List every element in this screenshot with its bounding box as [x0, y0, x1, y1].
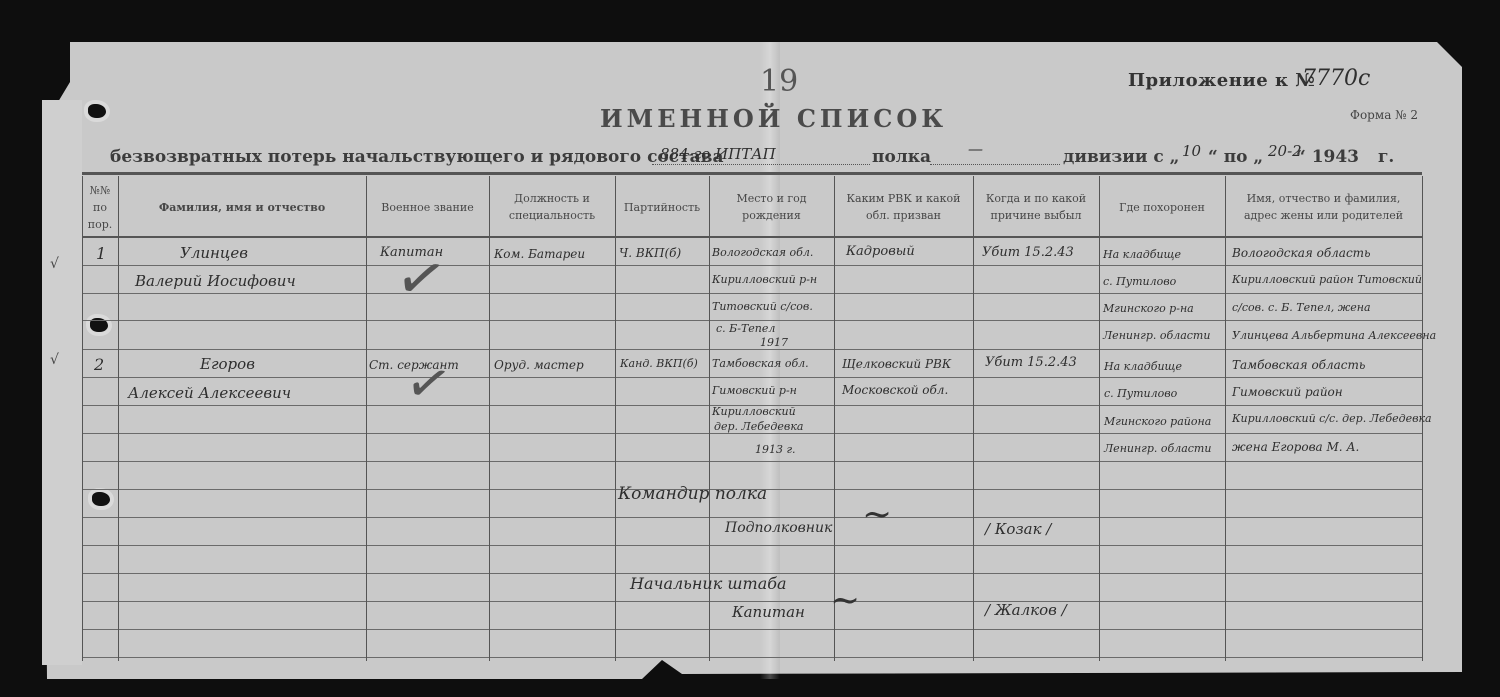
- row1-relatives-1: Вологодская область: [1232, 246, 1371, 260]
- year-suffix: г.: [1378, 147, 1394, 167]
- col-line: [366, 176, 367, 661]
- chief-title: Начальник штаба: [630, 574, 787, 593]
- col-header-full-name: Фамилия, имя и отчество: [118, 178, 366, 236]
- row2-buried-1: На кладбище: [1104, 360, 1182, 373]
- punch-hole: [92, 492, 110, 506]
- row2-buried-3: Мгинского района: [1104, 415, 1211, 428]
- row1-party: Ч. ВКП(б): [619, 246, 681, 260]
- row-line: [82, 601, 1422, 602]
- row2-birth-2: Гимовский р-н: [712, 384, 797, 397]
- row2-surname: Егоров: [200, 355, 255, 373]
- commander-signature: ~: [862, 494, 892, 535]
- row1-buried-2: с. Путилово: [1103, 275, 1176, 288]
- form-number: Форма № 2: [1350, 108, 1418, 122]
- row1-birth-year: 1917: [760, 336, 788, 349]
- row1-position: Ком. Батареи: [494, 247, 585, 261]
- col-line: [1099, 176, 1100, 661]
- row2-position: Оруд. мастер: [494, 358, 584, 372]
- annex-label: Приложение к №: [1128, 70, 1315, 91]
- row-line: [82, 293, 1422, 294]
- row2-birth-1: Тамбовская обл.: [712, 357, 809, 370]
- row1-relatives-2: Кирилловский район Титовский: [1232, 273, 1422, 286]
- date-from: 10: [1182, 142, 1201, 160]
- date-year: “ 1943: [1296, 147, 1359, 167]
- col-header-buried: Где похоронен: [1099, 178, 1225, 236]
- division-value: —: [968, 140, 983, 158]
- row1-buried-3: Мгинского р-на: [1103, 302, 1194, 315]
- row2-buried-4: Ленингр. области: [1104, 442, 1211, 455]
- header-bottom-rule: [82, 236, 1422, 238]
- subtitle-prefix: безвозвратных потерь начальствующего и р…: [110, 147, 724, 167]
- row2-party: Канд. ВКП(б): [620, 357, 698, 370]
- commander-title: Командир полка: [618, 484, 767, 504]
- chief-name: / Жалков /: [985, 601, 1067, 619]
- row1-birth-3: Титовский с/сов.: [712, 300, 813, 313]
- row-line: [82, 461, 1422, 462]
- row2-drafted-1: Щелковский РВК: [842, 357, 951, 371]
- division-label: дивизии с „: [1063, 147, 1179, 167]
- date-mid: “ по „: [1208, 147, 1263, 167]
- row-line: [82, 433, 1422, 434]
- col-line: [82, 176, 83, 661]
- row2-number: 2: [94, 355, 104, 374]
- commander-name: / Козак /: [985, 520, 1051, 538]
- punch-hole: [88, 104, 106, 118]
- col-header-drafted: Каким РВК и какой обл. призван: [834, 178, 973, 236]
- regiment-value: 884-го ИПТАП: [660, 145, 776, 163]
- col-header-birth: Место и год рождения: [709, 178, 834, 236]
- col-header-relatives: Имя, отчество и фамилия, адрес жены или …: [1225, 178, 1422, 236]
- row-line: [82, 657, 1422, 658]
- row2-buried-2: с. Путилово: [1104, 387, 1177, 400]
- row2-name: Алексей Алексеевич: [128, 384, 291, 402]
- row2-relatives-4: жена Егорова М. А.: [1232, 440, 1359, 454]
- regiment-suffix: полка: [872, 147, 931, 167]
- row-line: [82, 517, 1422, 518]
- left-margin-strip: [42, 100, 82, 665]
- row2-birth-year: 1913 г.: [755, 443, 796, 456]
- row2-birth-3: Кирилловский: [712, 405, 796, 418]
- row1-name: Валерий Иосифович: [135, 272, 296, 290]
- col-header-position: Должность и специальность: [489, 178, 615, 236]
- row2-birth-4: дер. Лебедевка: [714, 420, 803, 433]
- commander-rank: Подполковник: [725, 520, 832, 536]
- margin-tick-icon: √: [50, 352, 59, 368]
- col-header-left: Когда и по какой причине выбыл: [973, 178, 1099, 236]
- row1-left: Убит 15.2.43: [982, 245, 1074, 260]
- document-title: ИМЕННОЙ СПИСОК: [600, 104, 947, 133]
- archive-mark: 19: [760, 64, 798, 99]
- row2-relatives-1: Тамбовская область: [1232, 358, 1365, 372]
- row2-drafted-2: Московской обл.: [842, 383, 948, 397]
- margin-tick-icon: √: [50, 256, 59, 272]
- row-line: [82, 377, 1422, 378]
- col-line: [118, 176, 119, 661]
- row1-buried-4: Ленингр. области: [1103, 329, 1210, 342]
- row-line: [82, 320, 1422, 321]
- row-line: [82, 545, 1422, 546]
- col-line: [1225, 176, 1226, 661]
- col-line: [489, 176, 490, 661]
- row2-relatives-3: Кирилловский с/с. дер. Лебедевка: [1232, 412, 1432, 425]
- row1-relatives-4: Улинцева Альбертина Алексеевна: [1232, 329, 1436, 342]
- row2-relatives-2: Гимовский район: [1232, 385, 1343, 399]
- col-line: [973, 176, 974, 661]
- col-line: [615, 176, 616, 661]
- col-header-rank: Военное звание: [366, 178, 489, 236]
- row1-birth-4: с. Б-Тепел: [716, 322, 775, 335]
- row1-birth-1: Вологодская обл.: [712, 246, 813, 259]
- division-field: [930, 146, 1060, 165]
- row-line: [82, 629, 1422, 630]
- annex-number: 7770с: [1302, 66, 1370, 91]
- row1-surname: Улинцев: [180, 244, 248, 262]
- col-header-party: Партийность: [615, 178, 709, 236]
- row-line: [82, 349, 1422, 350]
- row1-relatives-3: с/сов. с. Б. Тепел, жена: [1232, 301, 1371, 314]
- row1-drafted: Кадровый: [846, 244, 915, 259]
- chief-signature: ~: [830, 580, 860, 621]
- chief-rank: Капитан: [732, 603, 805, 621]
- col-header-number: №№ по пор.: [82, 178, 118, 236]
- row1-birth-2: Кирилловский р-н: [712, 273, 817, 286]
- row2-left: Убит 15.2.43: [985, 355, 1077, 370]
- table-top-rule: [82, 172, 1422, 175]
- row-line: [82, 265, 1422, 266]
- row1-buried-1: На кладбище: [1103, 248, 1181, 261]
- row1-number: 1: [96, 244, 106, 263]
